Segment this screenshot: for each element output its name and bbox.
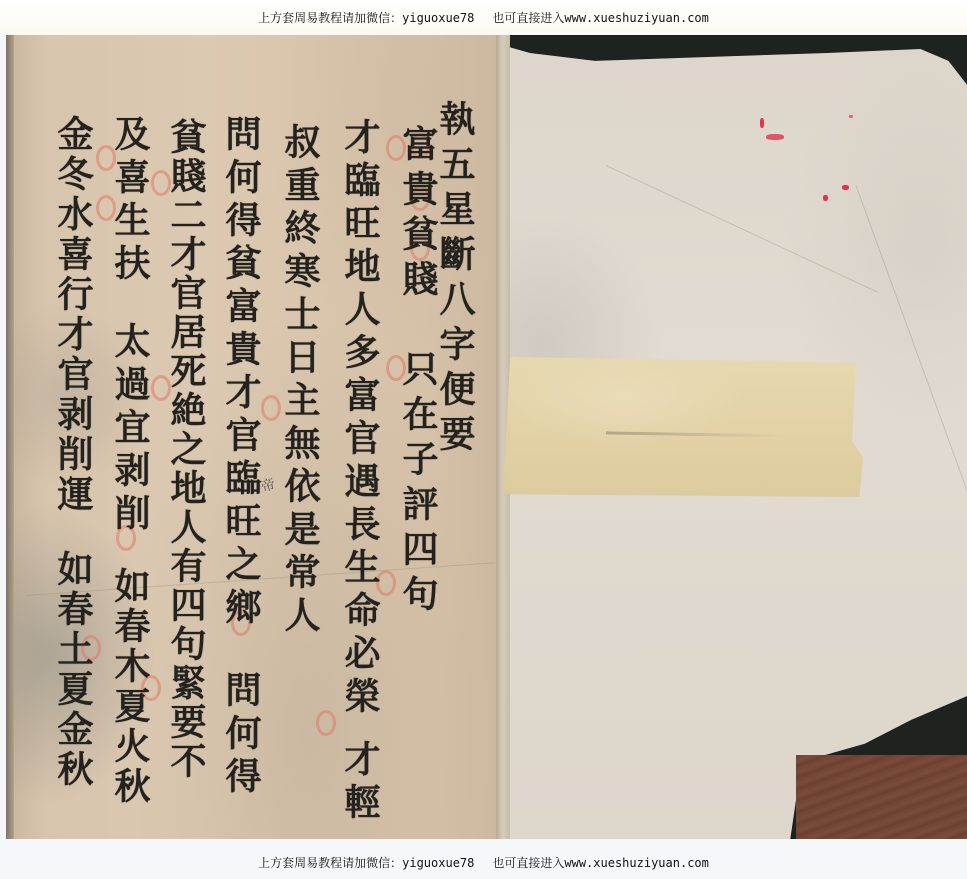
- column-text: 如春土夏金秋: [51, 550, 95, 790]
- book-scan: 執五星斷八字便要 富貴貧賤 只在子評四句 才臨旺地人多富官遇長生命必榮 才輕 叔…: [6, 35, 967, 839]
- column-text: 如春木夏火秋: [108, 567, 152, 807]
- column-text: 問何得: [219, 671, 263, 800]
- manuscript-column-3: 才臨旺地人多富官遇長生命必榮 才輕: [338, 118, 382, 826]
- column-text: 只在子評四句: [396, 350, 440, 620]
- manuscript-column-7: 及喜生扶 太過宜剥削 如春木夏火秋: [108, 115, 152, 807]
- aged-tape-patch: [503, 357, 863, 497]
- column-text: 及喜生扶: [108, 115, 152, 287]
- column-text: 問何得貧富貴才官臨旺之鄉: [219, 115, 263, 631]
- manuscript-column-2: 富貴貧賤 只在子評四句: [396, 125, 440, 620]
- banner-wechat-text: 上方套周易教程请加微信：yiguoxue78: [258, 854, 474, 871]
- column-text: 才臨旺地人多富官遇長生命必榮: [338, 118, 382, 720]
- manuscript-column-5: 問何得貧富貴才官臨旺之鄉 問何得: [219, 115, 263, 800]
- column-text: 貧賤二才官居死絶之地人有四句緊要不: [164, 118, 208, 781]
- manuscript-column-8: 金冬水喜行才官剥削運 如春土夏金秋: [51, 115, 95, 790]
- banner-site-text: 也可直接进入www.xueshuziyuan.com: [492, 9, 709, 26]
- banner-site-text: 也可直接进入www.xueshuziyuan.com: [492, 854, 709, 871]
- red-ink-speck: [760, 118, 764, 128]
- red-ink-speck: [842, 185, 849, 190]
- red-ink-speck: [849, 115, 853, 118]
- column-text: 才輕: [338, 740, 382, 826]
- manuscript-column-4: 叔重終寒士日主無依是常人: [278, 123, 322, 639]
- manuscript-column-6: 貧賤二才官居死絶之地人有四句緊要不: [164, 118, 208, 781]
- punctuation-circle: [316, 710, 336, 736]
- banner-wechat-text: 上方套周易教程请加微信：yiguoxue78: [258, 9, 474, 26]
- bottom-watermark-banner: 上方套周易教程请加微信：yiguoxue78 也可直接进入www.xueshuz…: [0, 845, 967, 879]
- red-ink-speck: [823, 195, 828, 201]
- red-ink-speck: [766, 134, 784, 140]
- column-text: 叔重終寒士日主無依是常人: [278, 123, 322, 639]
- top-watermark-banner: 上方套周易教程请加微信：yiguoxue78 也可直接进入www.xueshuz…: [0, 0, 967, 34]
- column-text: 金冬水喜行才官剥削運: [51, 115, 95, 515]
- column-text: 太過宜剥削: [108, 322, 152, 537]
- column-text: 富貴貧賤: [396, 125, 440, 305]
- wooden-surface: [796, 755, 967, 839]
